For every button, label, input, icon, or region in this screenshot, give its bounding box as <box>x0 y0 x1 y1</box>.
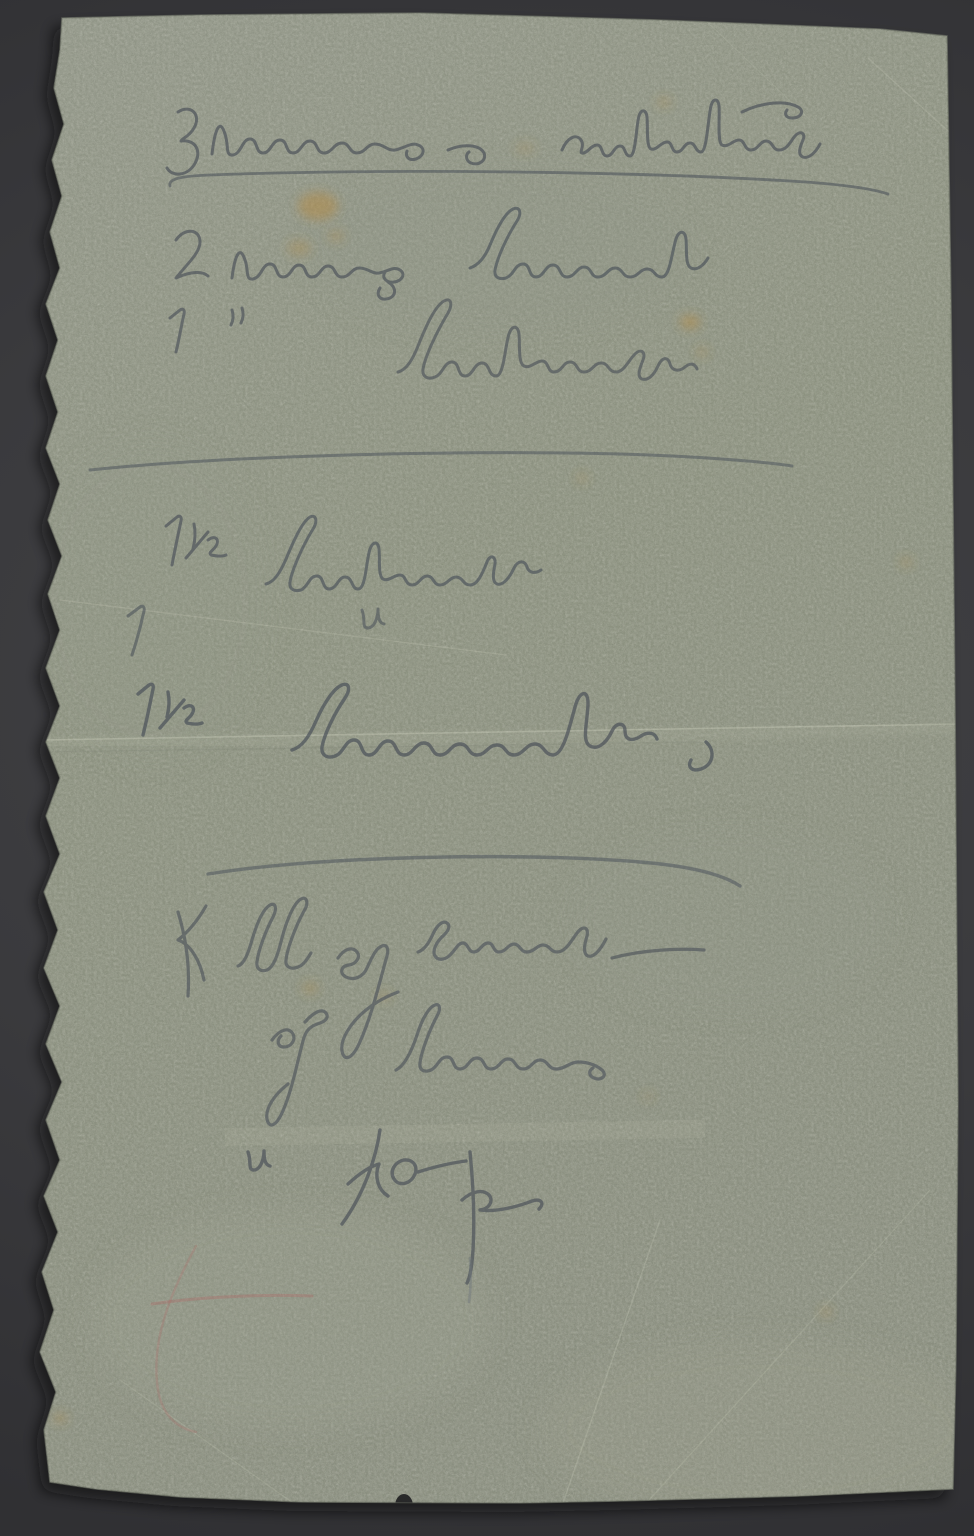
edge-blemish <box>395 1494 413 1518</box>
note-photo <box>0 0 974 1536</box>
photo-background: 3 bonnen crediteren 2 bonnen Leverworst … <box>0 0 974 1536</box>
